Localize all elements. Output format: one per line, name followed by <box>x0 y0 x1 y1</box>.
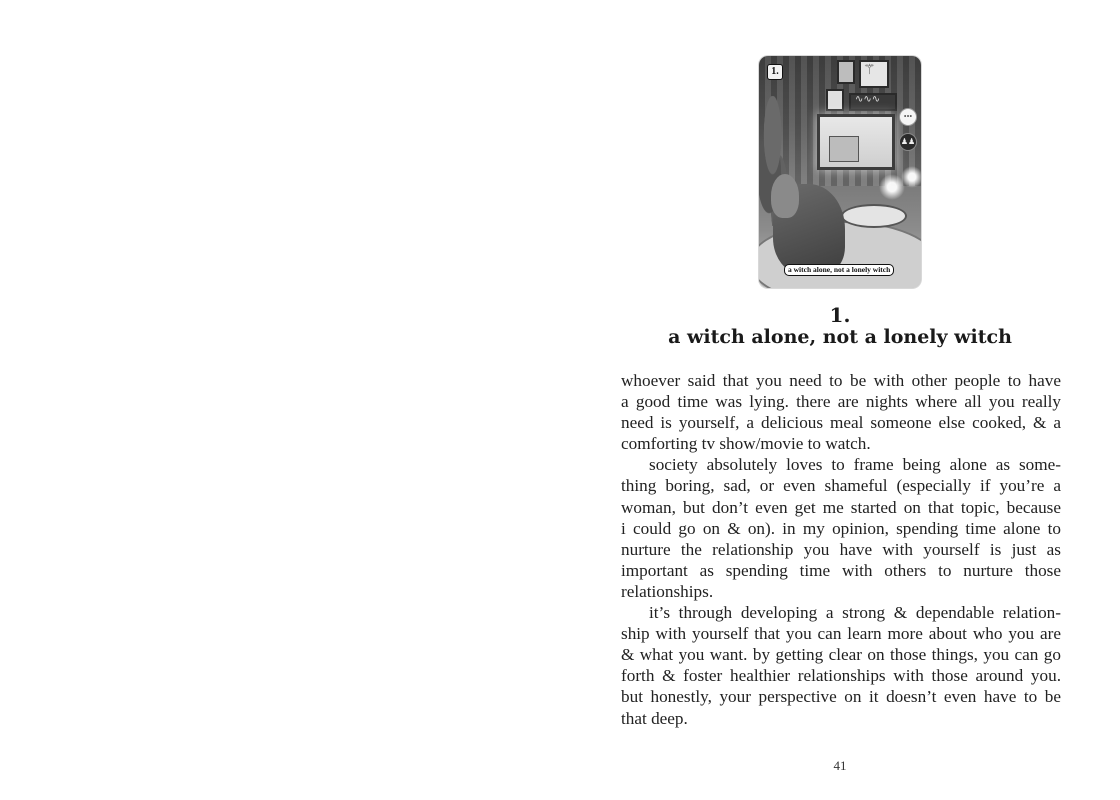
text-line: i could go on & on). in my opinion, spen… <box>621 518 1061 539</box>
text-line: that deep. <box>621 708 1061 729</box>
text-line: thing boring, sad, or even shameful (esp… <box>621 475 1061 496</box>
text-line: forth & foster healthier relationships w… <box>621 665 1061 686</box>
wall-frame <box>837 60 855 84</box>
figures-icon: ♟♟ <box>899 133 917 151</box>
wall-frame <box>826 89 844 111</box>
moth-icon: ⚚ <box>863 63 876 79</box>
text-line: need is yourself, a delicious meal someo… <box>621 412 1061 433</box>
chapter-number: 1. <box>620 303 1060 327</box>
left-page-blank <box>0 0 560 800</box>
text-line: but honestly, your perspective on it doe… <box>621 686 1061 707</box>
hair-illustration <box>771 174 799 218</box>
text-line: a good time was lying. there are nights … <box>621 391 1061 412</box>
card-caption: a witch alone, not a lonely witch <box>784 264 894 276</box>
text-line: it’s through developing a strong & depen… <box>621 602 1061 623</box>
text-line: relationships. <box>621 581 1061 602</box>
text-line: ship with yourself that you can learn mo… <box>621 623 1061 644</box>
text-line: woman, but don’t even get me started on … <box>621 497 1061 518</box>
candle-glow <box>901 166 921 188</box>
text-line: whoever said that you need to be with ot… <box>621 370 1061 391</box>
dots-icon: ••• <box>899 108 917 126</box>
house-illustration <box>829 136 859 162</box>
table-illustration <box>841 204 907 228</box>
body-text: whoever said that you need to be with ot… <box>621 370 1061 729</box>
card-number-badge: 1. <box>767 64 783 80</box>
page-number: 41 <box>820 758 860 774</box>
text-line: nurture the relationship you have with y… <box>621 539 1061 560</box>
chapter-title: a witch alone, not a lonely witch <box>620 325 1060 349</box>
text-line: important as spending time with others t… <box>621 560 1061 581</box>
chapter-illustration-card: ⚚ ∿∿∿ 1. ••• ♟♟ a witch alone, not a lon… <box>759 56 921 288</box>
text-line: comforting tv show/movie to watch. <box>621 433 1061 454</box>
text-line: & what you want. by getting clear on tho… <box>621 644 1061 665</box>
text-line: society absolutely loves to frame being … <box>621 454 1061 475</box>
snake-icon: ∿∿∿ <box>855 95 880 105</box>
